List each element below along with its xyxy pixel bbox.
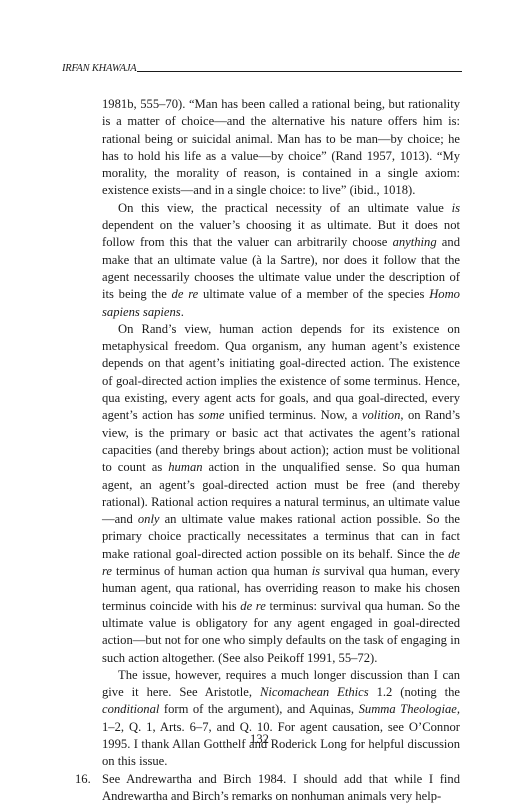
- italic-text: de re: [172, 287, 199, 301]
- italic-text: only: [138, 512, 160, 526]
- page-body: 1981b, 555–70). “Man has been called a r…: [102, 96, 460, 805]
- italic-text: some: [199, 408, 225, 422]
- paragraph: On Rand’s view, human action depends for…: [102, 321, 460, 667]
- italic-text: anything: [393, 235, 437, 249]
- text-run: 1.2 (noting the: [369, 685, 460, 699]
- text-run: unified terminus. Now, a: [224, 408, 361, 422]
- paragraph-continuation: 1981b, 555–70). “Man has been called a r…: [102, 96, 460, 200]
- text-run: .: [181, 305, 184, 319]
- italic-text: de re: [240, 599, 266, 613]
- footnote-number: 16.: [75, 771, 91, 788]
- running-head-rule: [137, 70, 462, 72]
- italic-text: is: [312, 564, 320, 578]
- text-run: ultimate value of a member of the specie…: [198, 287, 429, 301]
- italic-text: volition: [362, 408, 400, 422]
- italic-text: conditional: [102, 702, 159, 716]
- footnote-text: See Andrewartha and Birch 1984. I should…: [102, 772, 460, 803]
- page-number: 132: [0, 732, 519, 747]
- footnote-16: 16.See Andrewartha and Birch 1984. I sho…: [102, 771, 460, 806]
- italic-text: Summa Theologiae,: [359, 702, 460, 716]
- paragraph: The issue, however, requires a much long…: [102, 667, 460, 771]
- text-run: terminus of human action qua human: [112, 564, 312, 578]
- text-run: 1981b, 555–70). “Man has been called a r…: [102, 97, 460, 197]
- running-head-author: IRFAN KHAWAJA: [62, 63, 137, 74]
- running-head: IRFAN KHAWAJA: [62, 60, 462, 74]
- italic-text: human: [168, 460, 202, 474]
- italic-text: Nicomachean Ethics: [260, 685, 369, 699]
- text-run: On this view, the practical necessity of…: [118, 201, 452, 215]
- paragraph: On this view, the practical necessity of…: [102, 200, 460, 321]
- text-run: form of the argument), and Aquinas,: [159, 702, 358, 716]
- italic-text: is: [452, 201, 460, 215]
